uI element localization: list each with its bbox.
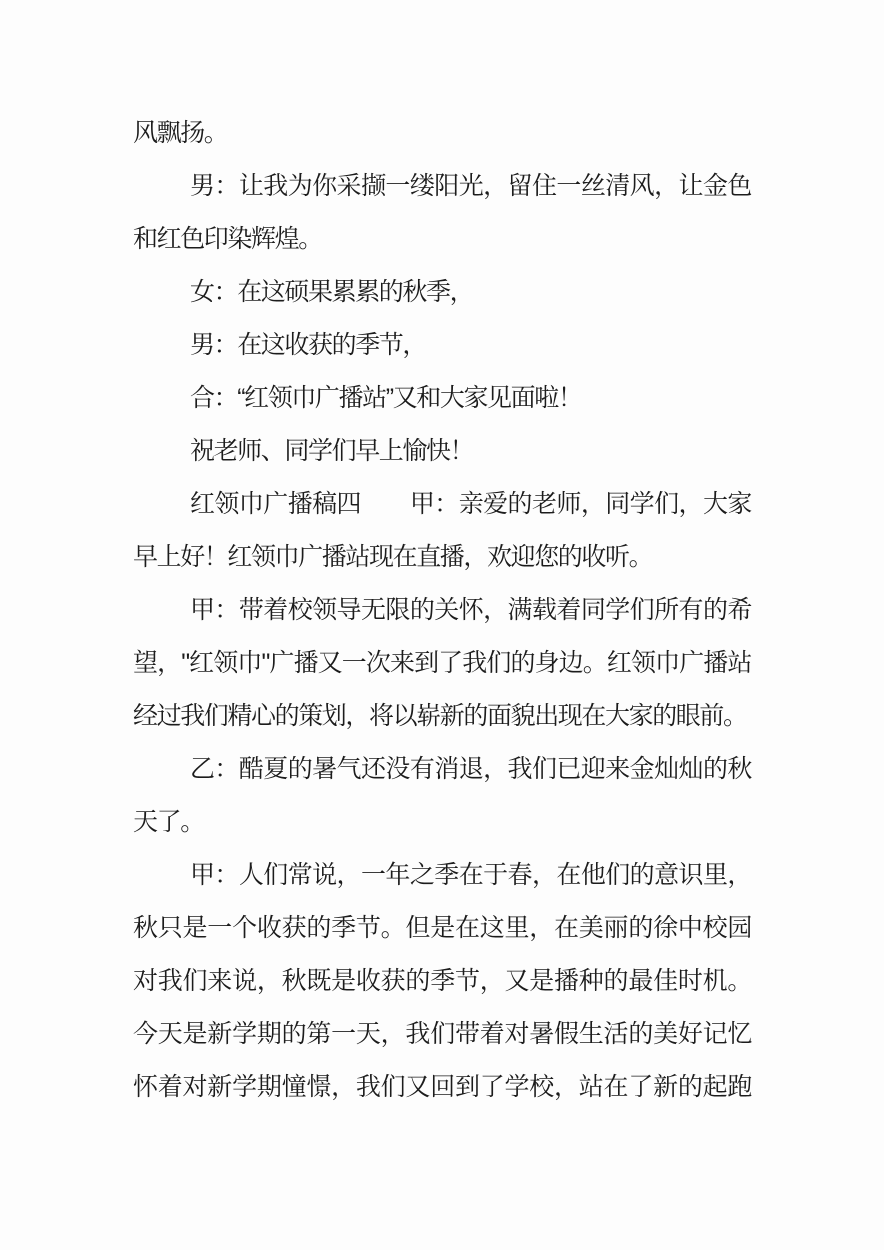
text-line: 甲：带着校领导无限的关怀，满载着同学们所有的希 [133,584,751,637]
text-line: 乙：酷夏的暑气还没有消退，我们已迎来金灿灿的秋 [133,743,751,796]
text-line: 怀着对新学期憧憬，我们又回到了学校，站在了新的起跑 [133,1061,751,1114]
text-line: 今天是新学期的第一天，我们带着对暑假生活的美好记忆 [133,1008,751,1061]
text-line: 风飘扬。 [133,107,751,160]
document-page: 风飘扬。 男：让我为你采撷一缕阳光，留住一丝清风，让金色 和红色印染辉煌。 女：… [0,0,884,1250]
text-line: 天了。 [133,796,751,849]
text-line: 男：让我为你采撷一缕阳光，留住一丝清风，让金色 [133,160,751,213]
text-line: 合：“红领巾广播站”又和大家见面啦！ [133,372,751,425]
text-line: 女：在这硕果累累的秋季， [133,266,751,319]
text-line: 经过我们精心的策划，将以崭新的面貌出现在大家的眼前。 [133,690,751,743]
text-line: 祝老师、同学们早上愉快！ [133,425,751,478]
text-line: 早上好！红领巾广播站现在直播，欢迎您的收听。 [133,531,751,584]
broadcast-script-text: 风飘扬。 男：让我为你采撷一缕阳光，留住一丝清风，让金色 和红色印染辉煌。 女：… [133,107,751,1114]
text-line: 甲：人们常说，一年之季在于春，在他们的意识里， [133,849,751,902]
text-line: 男：在这收获的季节， [133,319,751,372]
text-line: 和红色印染辉煌。 [133,213,751,266]
text-line: 秋只是一个收获的季节。但是在这里，在美丽的徐中校园 [133,902,751,955]
text-line: 对我们来说，秋既是收获的季节，又是播种的最佳时机。 [133,955,751,1008]
text-line: 望，"红领巾"广播又一次来到了我们的身边。红领巾广播站 [133,637,751,690]
text-line: 红领巾广播稿四 甲：亲爱的老师，同学们，大家 [133,478,751,531]
